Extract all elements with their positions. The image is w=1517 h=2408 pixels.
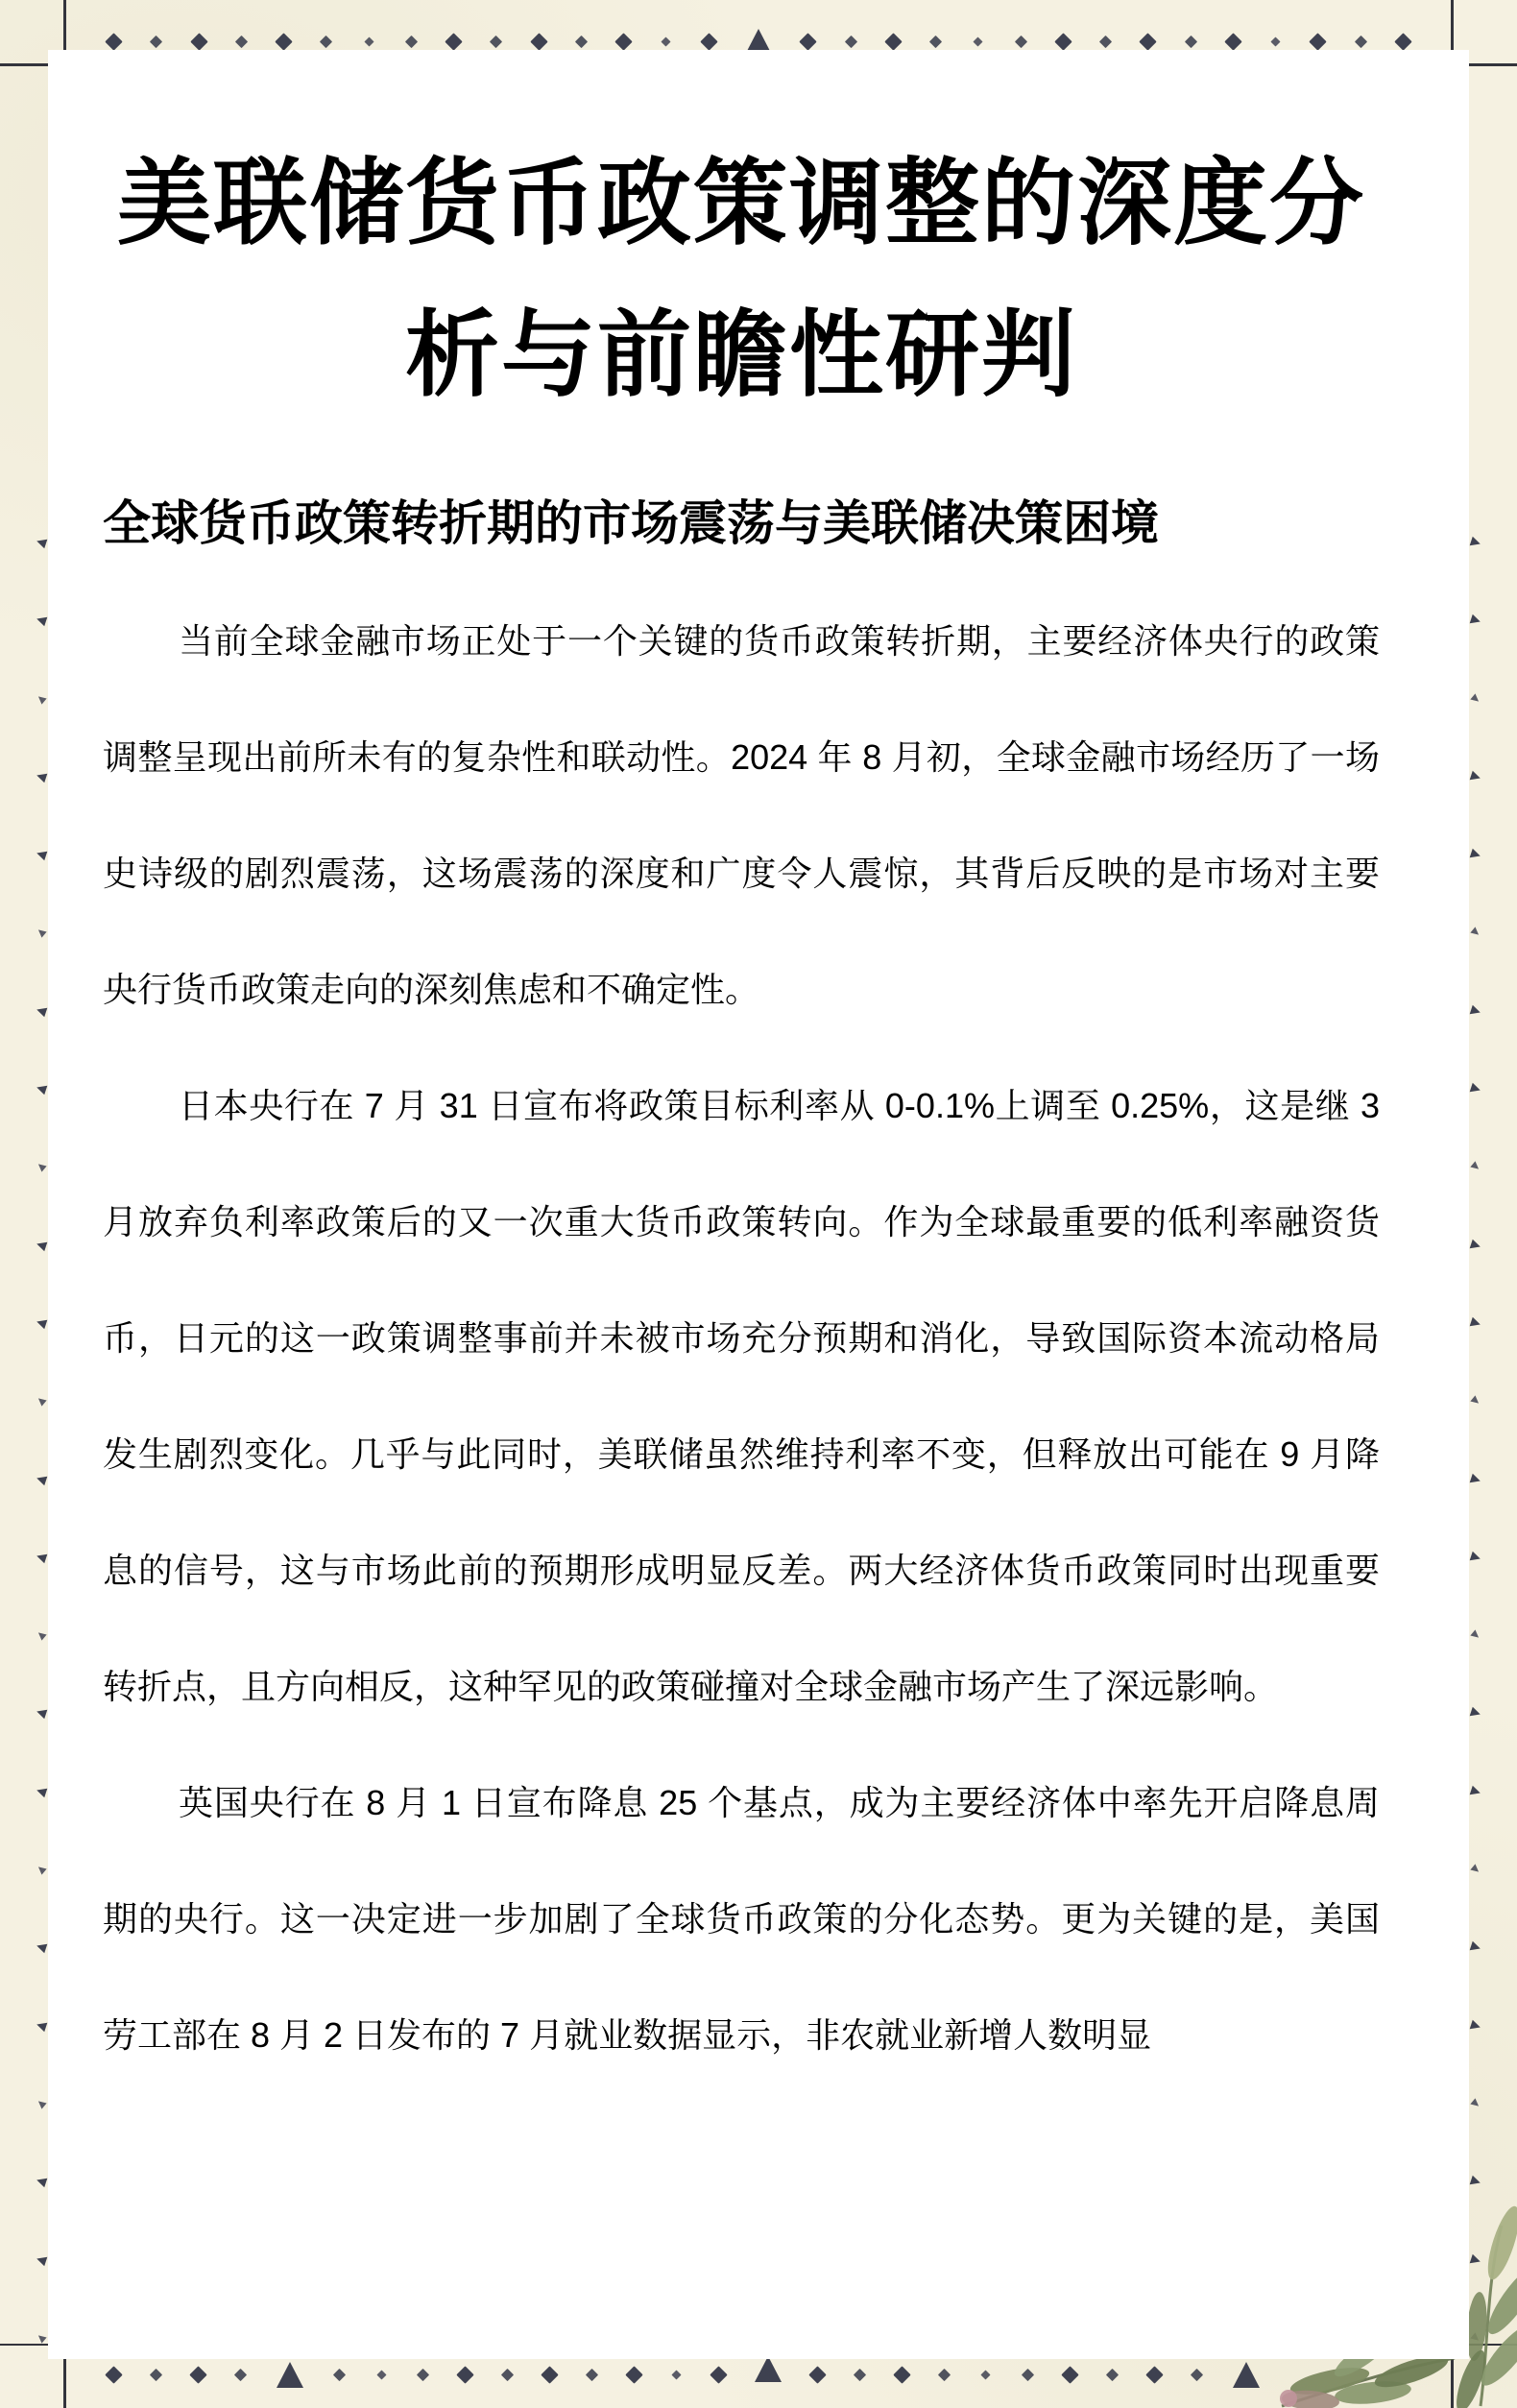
stitch-mark-icon bbox=[36, 1004, 48, 1017]
stitch-mark-icon bbox=[36, 1552, 48, 1564]
stitch-mark-icon bbox=[36, 1707, 48, 1720]
stitch-mark-icon bbox=[36, 1239, 48, 1251]
diamond-ornament-icon bbox=[332, 2368, 345, 2380]
diamond-ornament-icon bbox=[234, 2368, 247, 2380]
diamond-ornament-icon bbox=[625, 2366, 642, 2383]
diamond-ornament-icon bbox=[190, 33, 207, 50]
stitch-mark-icon bbox=[36, 2098, 46, 2108]
stitch-mark-icon bbox=[1470, 1473, 1482, 1485]
stitch-mark-icon bbox=[36, 2332, 46, 2343]
document-content: 美联储货币政策调整的深度分析与前瞻性研判 全球货币政策转折期的市场震荡与美联储决… bbox=[48, 127, 1469, 2093]
page-background: 美联储货币政策调整的深度分析与前瞻性研判 全球货币政策转折期的市场震荡与美联储决… bbox=[0, 0, 1517, 2408]
diamond-ornament-icon bbox=[1106, 2368, 1119, 2380]
stitch-mark-icon bbox=[1470, 2019, 1482, 2032]
diamond-ornament-icon bbox=[700, 33, 717, 50]
diamond-ornament-icon bbox=[189, 2366, 206, 2383]
stitch-mark-icon bbox=[36, 927, 46, 938]
diamond-ornament-icon bbox=[893, 2366, 910, 2383]
diamond-ornament-icon bbox=[1191, 2368, 1203, 2380]
diamond-ornament-icon bbox=[662, 36, 671, 46]
diamond-ornament-icon bbox=[937, 2368, 950, 2380]
diamond-ornament-icon bbox=[150, 35, 162, 47]
diamond-ornament-icon bbox=[1185, 35, 1197, 47]
document-card: 美联储货币政策调整的深度分析与前瞻性研判 全球货币政策转折期的市场震荡与美联储决… bbox=[48, 50, 1469, 2359]
right-stitch-marks bbox=[1467, 538, 1481, 2343]
diamond-ornament-icon bbox=[105, 33, 122, 50]
diamond-ornament-icon bbox=[575, 35, 588, 47]
stitch-mark-icon bbox=[1470, 1864, 1481, 1874]
diamond-ornament-icon bbox=[376, 2370, 386, 2379]
stitch-mark-icon bbox=[36, 537, 48, 549]
stitch-mark-icon bbox=[1470, 1396, 1481, 1407]
diamond-ornament-icon bbox=[884, 33, 902, 50]
diamond-ornament-icon bbox=[671, 2370, 681, 2379]
stitch-mark-icon bbox=[1470, 1004, 1482, 1017]
body-paragraph: 日本央行在 7 月 31 日宣布将政策目标利率从 0-0.1%上调至 0.25%… bbox=[103, 1047, 1380, 1745]
diamond-ornament-icon bbox=[501, 2368, 514, 2380]
stitch-mark-icon bbox=[1470, 1317, 1482, 1330]
stitch-mark-icon bbox=[36, 849, 48, 861]
diamond-ornament-icon bbox=[150, 2368, 162, 2380]
stitch-mark-icon bbox=[1470, 771, 1482, 783]
diamond-ornament-icon bbox=[854, 2368, 866, 2380]
section-heading: 全球货币政策转折期的市场震荡与美联储决策困境 bbox=[103, 494, 1380, 552]
stitch-mark-icon bbox=[36, 1864, 46, 1874]
triangle-ornament-icon bbox=[277, 2362, 303, 2388]
stitch-mark-icon bbox=[1470, 1941, 1482, 1954]
bottom-ornament-row bbox=[108, 2360, 1260, 2389]
diamond-ornament-icon bbox=[981, 2370, 991, 2379]
stitch-mark-icon bbox=[36, 1083, 48, 1096]
diamond-ornament-icon bbox=[1310, 33, 1327, 50]
stitch-mark-icon bbox=[1470, 1630, 1481, 1641]
diamond-ornament-icon bbox=[364, 36, 373, 46]
stitch-mark-icon bbox=[36, 1630, 46, 1641]
diamond-ornament-icon bbox=[445, 33, 462, 50]
diamond-ornament-icon bbox=[1355, 35, 1367, 47]
stitch-mark-icon bbox=[36, 1396, 46, 1407]
stitch-mark-icon bbox=[1470, 1239, 1482, 1251]
diamond-ornament-icon bbox=[929, 35, 942, 47]
stitch-mark-icon bbox=[36, 2019, 48, 2032]
stitch-mark-icon bbox=[36, 771, 48, 783]
diamond-ornament-icon bbox=[1145, 2366, 1163, 2383]
stitch-mark-icon bbox=[1470, 1707, 1482, 1720]
stitch-mark-icon bbox=[1470, 693, 1481, 704]
diamond-ornament-icon bbox=[105, 2366, 122, 2383]
diamond-ornament-icon bbox=[1140, 33, 1157, 50]
diamond-ornament-icon bbox=[1271, 36, 1281, 46]
stitch-mark-icon bbox=[1470, 1083, 1482, 1096]
diamond-ornament-icon bbox=[1054, 33, 1072, 50]
stitch-mark-icon bbox=[1470, 537, 1482, 549]
stitch-mark-icon bbox=[36, 693, 46, 704]
diamond-ornament-icon bbox=[1014, 35, 1026, 47]
diamond-ornament-icon bbox=[614, 33, 632, 50]
stitch-mark-icon bbox=[1470, 1785, 1482, 1797]
document-title: 美联储货币政策调整的深度分析与前瞻性研判 bbox=[103, 127, 1380, 430]
stitch-mark-icon bbox=[36, 1941, 48, 1954]
diamond-ornament-icon bbox=[1394, 33, 1411, 50]
diamond-ornament-icon bbox=[1062, 2366, 1079, 2383]
stitch-mark-icon bbox=[1470, 1552, 1482, 1564]
diamond-ornament-icon bbox=[1099, 35, 1112, 47]
diamond-ornament-icon bbox=[800, 33, 817, 50]
diamond-ornament-icon bbox=[320, 35, 332, 47]
stitch-mark-icon bbox=[1470, 1162, 1481, 1172]
diamond-ornament-icon bbox=[457, 2366, 474, 2383]
stitch-mark-icon bbox=[36, 2176, 48, 2188]
stitch-mark-icon bbox=[36, 614, 48, 627]
diamond-ornament-icon bbox=[405, 35, 418, 47]
stitch-mark-icon bbox=[36, 1785, 48, 1797]
stitch-mark-icon bbox=[1470, 2098, 1481, 2108]
stitch-mark-icon bbox=[1470, 849, 1482, 861]
diamond-ornament-icon bbox=[974, 36, 983, 46]
body-paragraph: 英国央行在 8 月 1 日宣布降息 25 个基点，成为主要经济体中率先开启降息周… bbox=[103, 1745, 1380, 2093]
stitch-mark-icon bbox=[36, 1317, 48, 1330]
diamond-ornament-icon bbox=[235, 35, 248, 47]
triangle-ornament-icon bbox=[755, 2356, 782, 2382]
body-paragraph: 当前全球金融市场正处于一个关键的货币政策转折期，主要经济体央行的政策调整呈现出前… bbox=[103, 583, 1380, 1047]
diamond-ornament-icon bbox=[490, 35, 502, 47]
diamond-ornament-icon bbox=[808, 2366, 826, 2383]
stitch-mark-icon bbox=[36, 1473, 48, 1485]
stitch-mark-icon bbox=[36, 2253, 48, 2266]
stitch-mark-icon bbox=[1470, 614, 1482, 627]
diamond-ornament-icon bbox=[275, 33, 292, 50]
diamond-ornament-icon bbox=[1224, 33, 1241, 50]
diamond-ornament-icon bbox=[530, 33, 547, 50]
diamond-ornament-icon bbox=[542, 2366, 559, 2383]
diamond-ornament-icon bbox=[1022, 2368, 1034, 2380]
diamond-ornament-icon bbox=[417, 2368, 429, 2380]
diamond-ornament-icon bbox=[844, 35, 856, 47]
stitch-mark-icon bbox=[1470, 927, 1481, 938]
diamond-ornament-icon bbox=[586, 2368, 598, 2380]
stitch-mark-icon bbox=[36, 1162, 46, 1172]
diamond-ornament-icon bbox=[710, 2366, 727, 2383]
